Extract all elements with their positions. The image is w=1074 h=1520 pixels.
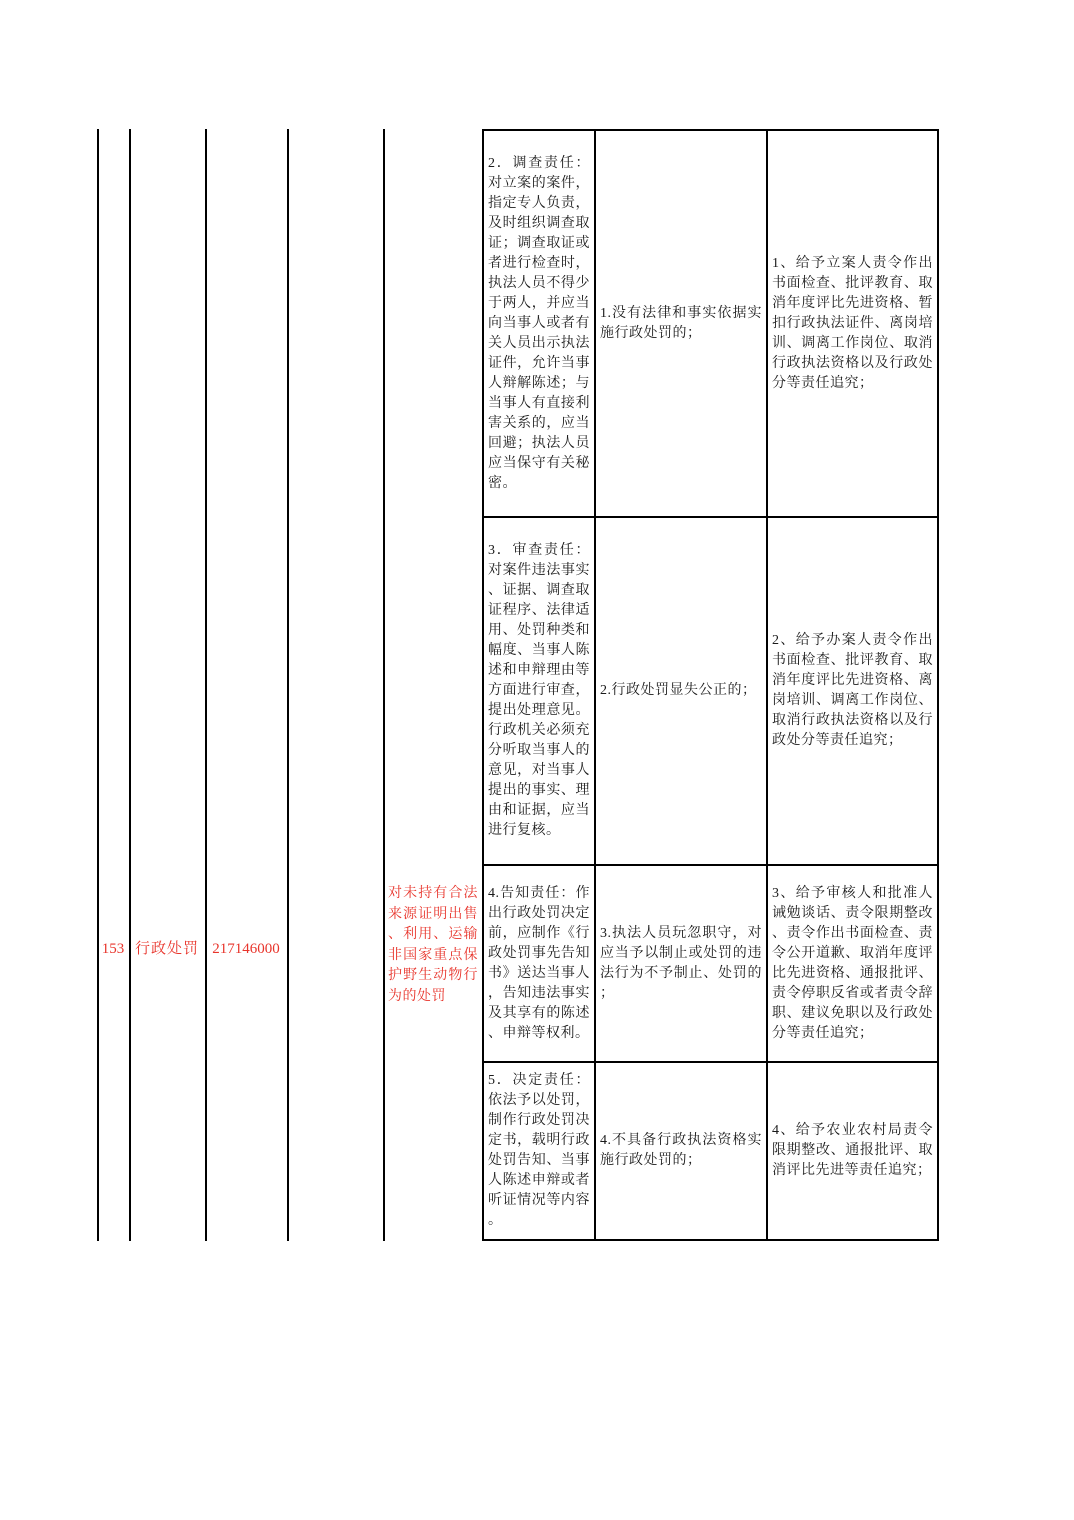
- left-gridline-1: [97, 129, 99, 1241]
- situation-cell-row1: 1.没有法律和事实依据实施行政处罚的；: [596, 131, 768, 518]
- duty-text-row1: 2．调查责任：对立案的案件，指定专人负责，及时组织调查取证；调查取证或者进行检查…: [488, 154, 590, 494]
- accountability-cell-row4: 4、给予农业农村局责令限期整改、通报批评、取消评比先进等责任追究；: [768, 1063, 937, 1239]
- accountability-text-row4: 4、给予农业农村局责令限期整改、通报批评、取消评比先进等责任追究；: [772, 1121, 933, 1181]
- duty-cell-row4: 5．决定责任：依法予以处罚，制作行政处罚决定书，载明行政处罚告知、当事人陈述申辩…: [484, 1063, 596, 1239]
- left-gridline-4: [287, 129, 289, 1241]
- duty-cell-row2: 3．审查责任：对案件违法事实、证据、调查取证程序、法律适用、处罚种类和幅度、当事…: [484, 518, 596, 866]
- left-gridline-5: [383, 129, 385, 1241]
- situation-cell-row3: 3.执法人员玩忽职守，对应当予以制止或处罚的违法行为不予制止、处罚的；: [596, 866, 768, 1063]
- situation-text-row2: 2.行政处罚显失公正的；: [600, 681, 762, 701]
- power-code-cell: 217146000: [205, 940, 287, 958]
- left-gridline-3: [205, 129, 207, 1241]
- situation-cell-row4: 4.不具备行政执法资格实施行政处罚的；: [596, 1063, 768, 1239]
- accountability-text-row2: 2、给予办案人责令作出书面检查、批评教育、取消年度评比先进资格、离岗培训、调离工…: [772, 631, 933, 751]
- accountability-text-row1: 1、给予立案人责令作出书面检查、批评教育、取消年度评比先进资格、暂扣行政执法证件…: [772, 254, 933, 394]
- spreadsheet-page: { "colors": { "red_text": "#e8342b", "bl…: [0, 0, 1074, 1520]
- power-type-cell: 行政处罚: [129, 940, 205, 958]
- situation-text-row4: 4.不具备行政执法资格实施行政处罚的；: [600, 1131, 762, 1171]
- accountability-cell-row1: 1、给予立案人责令作出书面检查、批评教育、取消年度评比先进资格、暂扣行政执法证件…: [768, 131, 937, 518]
- duty-text-row2: 3．审查责任：对案件违法事实、证据、调查取证程序、法律适用、处罚种类和幅度、当事…: [488, 541, 590, 841]
- accountability-text-row3: 3、给予审核人和批准人诫勉谈话、责令限期整改、责令作出书面检查、责令公开道歉、取…: [772, 884, 933, 1044]
- duty-cell-row3: 4.告知责任：作出行政处罚决定前，应制作《行政处罚事先告知书》送达当事人，告知违…: [484, 866, 596, 1063]
- situation-text-row3: 3.执法人员玩忽职守，对应当予以制止或处罚的违法行为不予制止、处罚的；: [600, 924, 762, 1004]
- responsibility-table: 2．调查责任：对立案的案件，指定专人负责，及时组织调查取证；调查取证或者进行检查…: [482, 129, 939, 1241]
- accountability-cell-row2: 2、给予办案人责令作出书面检查、批评教育、取消年度评比先进资格、离岗培训、调离工…: [768, 518, 937, 866]
- left-gridline-2: [129, 129, 131, 1241]
- situation-text-row1: 1.没有法律和事实依据实施行政处罚的；: [600, 304, 762, 344]
- accountability-cell-row3: 3、给予审核人和批准人诫勉谈话、责令限期整改、责令作出书面检查、责令公开道歉、取…: [768, 866, 937, 1063]
- duty-text-row4: 5．决定责任：依法予以处罚，制作行政处罚决定书，载明行政处罚告知、当事人陈述申辩…: [488, 1071, 590, 1231]
- serial-number-cell: 153: [97, 940, 129, 958]
- situation-cell-row2: 2.行政处罚显失公正的；: [596, 518, 768, 866]
- duty-cell-row1: 2．调查责任：对立案的案件，指定专人负责，及时组织调查取证；调查取证或者进行检查…: [484, 131, 596, 518]
- duty-text-row3: 4.告知责任：作出行政处罚决定前，应制作《行政处罚事先告知书》送达当事人，告知违…: [488, 884, 590, 1044]
- punishment-item-name-cell: 对未持有合法来源证明出售、利用、运输非国家重点保护野生动物行为的处罚: [388, 884, 478, 1007]
